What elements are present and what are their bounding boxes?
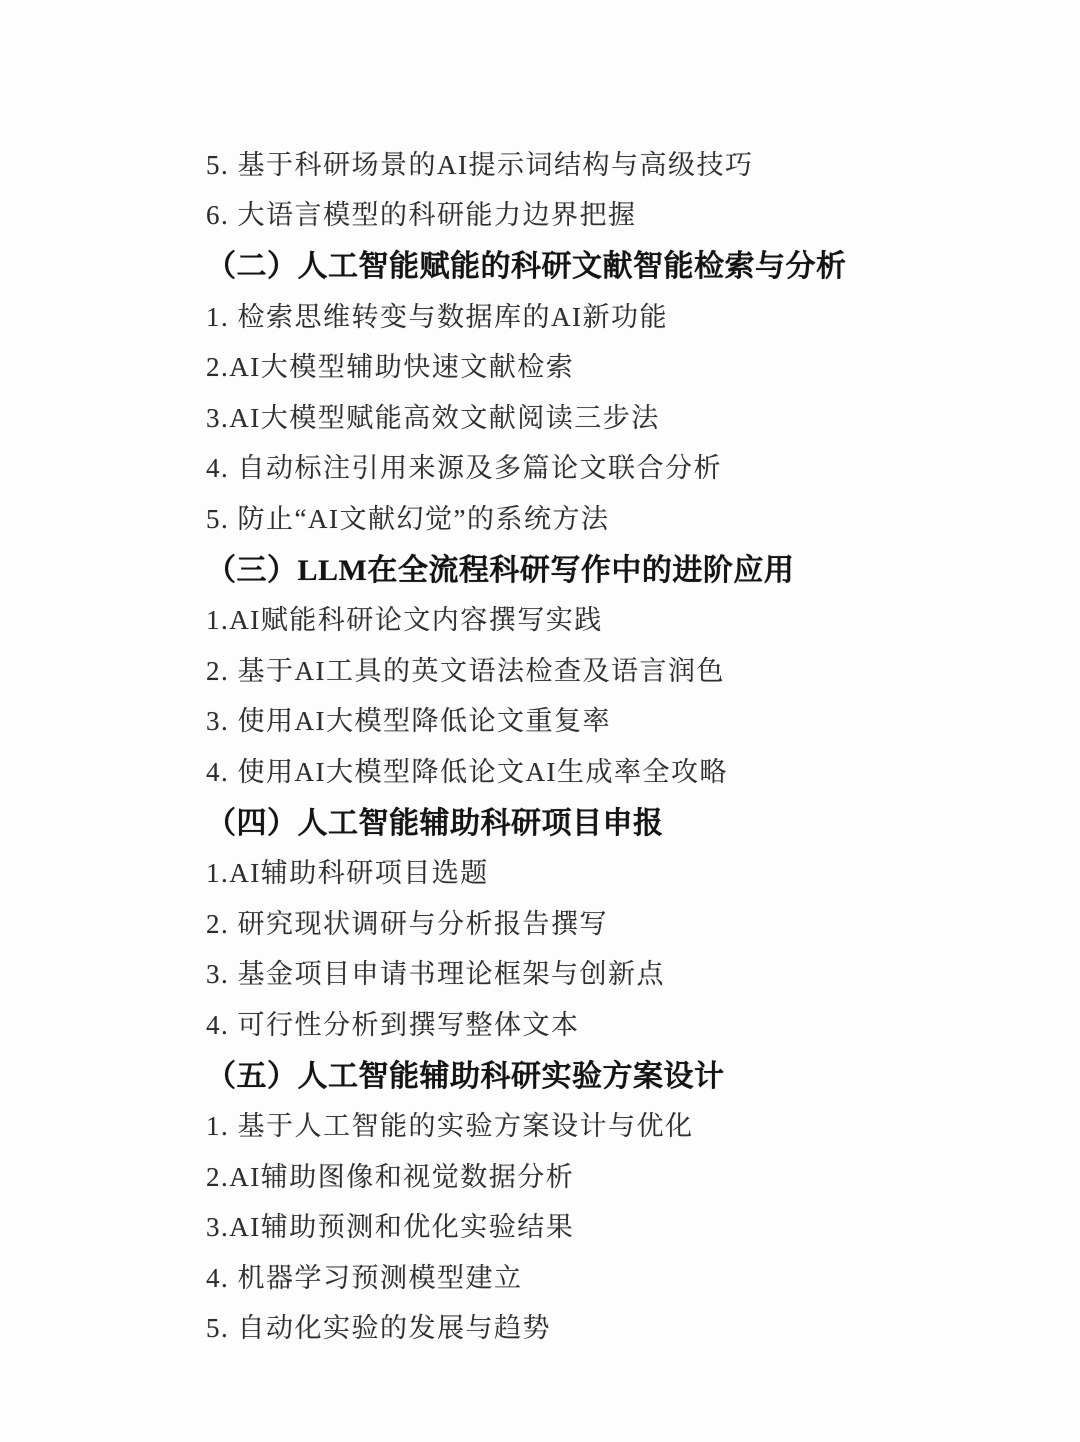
section-heading: （三）LLM在全流程科研写作中的进阶应用 — [206, 542, 926, 593]
section-heading: （二）人工智能赋能的科研文献智能检索与分析 — [206, 238, 926, 289]
outline-item: 5. 自动化实验的发展与趋势 — [206, 1301, 926, 1352]
outline-item: 6. 大语言模型的科研能力边界把握 — [206, 188, 926, 239]
section-heading: （五）人工智能辅助科研实验方案设计 — [206, 1048, 926, 1099]
outline-item: 4. 自动标注引用来源及多篇论文联合分析 — [206, 441, 926, 492]
outline-item: 1.AI辅助科研项目选题 — [206, 845, 926, 896]
outline-item: 4. 可行性分析到撰写整体文本 — [206, 997, 926, 1048]
section-heading: （四）人工智能辅助科研项目申报 — [206, 795, 926, 846]
outline-item: 1. 基于人工智能的实验方案设计与优化 — [206, 1098, 926, 1149]
outline-item: 3. 使用AI大模型降低论文重复率 — [206, 694, 926, 745]
outline-item: 4. 使用AI大模型降低论文AI生成率全攻略 — [206, 744, 926, 795]
outline-item: 5. 基于科研场景的AI提示词结构与高级技巧 — [206, 137, 926, 188]
outline-item: 2. 基于AI工具的英文语法检查及语言润色 — [206, 643, 926, 694]
outline-item: 2.AI大模型辅助快速文献检索 — [206, 339, 926, 390]
outline-item: 1. 检索思维转变与数据库的AI新功能 — [206, 289, 926, 340]
outline-item: 2.AI辅助图像和视觉数据分析 — [206, 1149, 926, 1200]
outline-item: 5. 防止“AI文献幻觉”的系统方法 — [206, 491, 926, 542]
outline-item: 2. 研究现状调研与分析报告撰写 — [206, 896, 926, 947]
outline-list: 5. 基于科研场景的AI提示词结构与高级技巧6. 大语言模型的科研能力边界把握（… — [206, 137, 926, 1351]
outline-item: 1.AI赋能科研论文内容撰写实践 — [206, 592, 926, 643]
outline-item: 3.AI辅助预测和优化实验结果 — [206, 1199, 926, 1250]
document-page: 5. 基于科研场景的AI提示词结构与高级技巧6. 大语言模型的科研能力边界把握（… — [0, 0, 1080, 1442]
outline-item: 4. 机器学习预测模型建立 — [206, 1250, 926, 1301]
outline-item: 3. 基金项目申请书理论框架与创新点 — [206, 947, 926, 998]
outline-item: 3.AI大模型赋能高效文献阅读三步法 — [206, 390, 926, 441]
